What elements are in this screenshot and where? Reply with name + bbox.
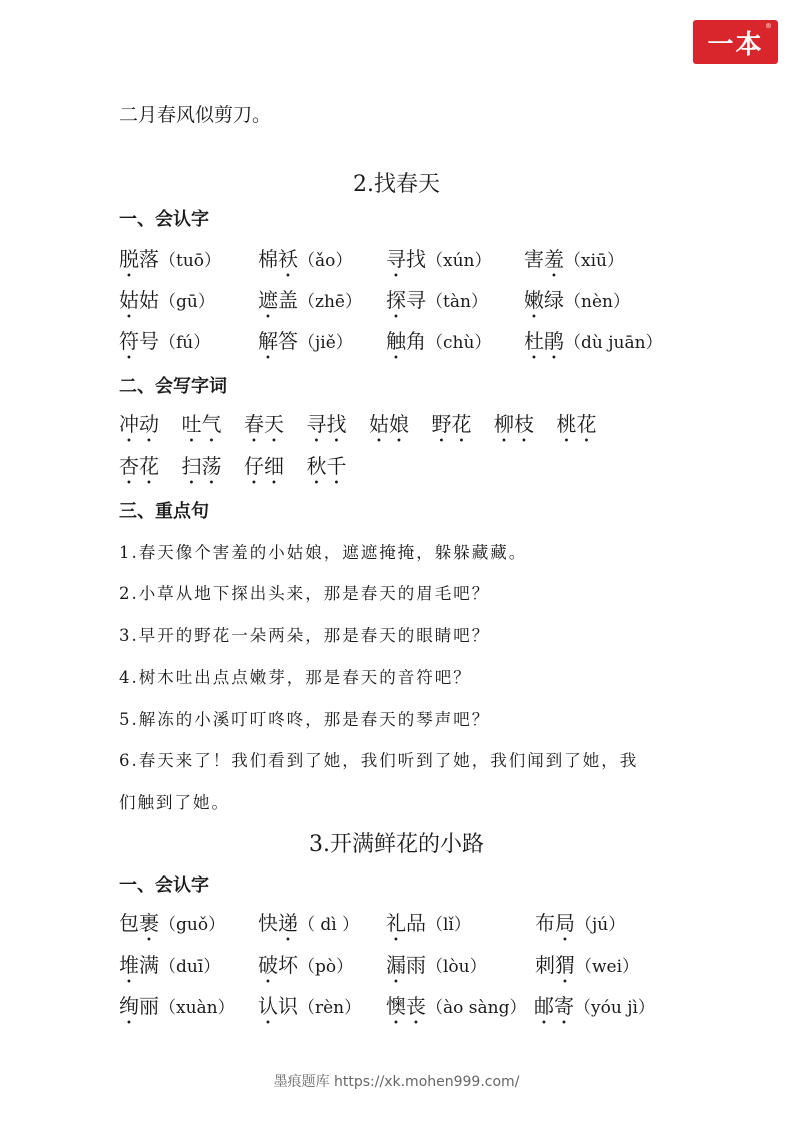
vocab-char: 懊 xyxy=(386,994,406,1018)
vocab-char: 裹 xyxy=(139,911,159,935)
vocab-item: 害羞（xiū） xyxy=(524,243,624,282)
vocab-item: 姑姑（gū） xyxy=(119,284,215,323)
pinyin: （rèn） xyxy=(298,998,361,1018)
writing-word: 杏花 xyxy=(119,450,159,489)
writing-word: 桃花 xyxy=(557,408,597,447)
vocab-char: 识 xyxy=(278,994,298,1018)
vocab-char: 嫩 xyxy=(524,288,544,312)
pinyin: （xiū） xyxy=(564,251,624,271)
vocab-char: 布 xyxy=(535,911,555,935)
pinyin: （nèn） xyxy=(564,292,630,312)
vocab-char: 丧 xyxy=(406,994,426,1018)
vocab-char: 邮 xyxy=(534,994,554,1018)
vocab-char: 鹃 xyxy=(544,329,564,353)
pinyin: （dù juān） xyxy=(564,333,663,353)
sentence-6-cont: 们触到了她。 xyxy=(119,789,230,813)
footer-watermark: 墨痕题库 https://xk.mohen999.com/ xyxy=(0,1071,793,1091)
vocab-char: 盖 xyxy=(278,288,298,312)
pinyin: （chù） xyxy=(426,333,491,353)
pinyin: （jiě） xyxy=(298,333,353,353)
lesson2-sec3-heading: 三、重点句 xyxy=(119,497,209,523)
registered-mark-icon: ® xyxy=(765,22,774,30)
vocab-char: 杜 xyxy=(524,329,544,353)
vocab-char: 局 xyxy=(555,911,575,935)
pinyin: （jú） xyxy=(575,915,625,935)
vocab-char: 解 xyxy=(258,329,278,353)
vocab-char: 落 xyxy=(139,247,159,271)
vocab-item: 懊丧（ào sàng） xyxy=(386,990,526,1029)
pinyin: （ dì ） xyxy=(298,915,359,935)
vocab-char: 刺 xyxy=(535,953,555,977)
writing-word: 秋千 xyxy=(307,450,347,489)
writing-word: 柳枝 xyxy=(494,408,534,447)
lesson3-sec1-heading: 一、会认字 xyxy=(119,871,209,897)
vocab-item: 触角（chù） xyxy=(386,325,491,364)
vocab-item: 杜鹃（dù juān） xyxy=(524,325,663,364)
logo-text: 一本 xyxy=(707,24,763,61)
vocab-item: 礼品（lǐ） xyxy=(386,907,471,946)
vocab-item: 包裹（guǒ） xyxy=(119,907,225,946)
pinyin: （zhē） xyxy=(298,292,362,312)
vocab-char: 品 xyxy=(406,911,426,935)
pinyin: （tàn） xyxy=(426,292,488,312)
vocab-item: 破坏（pò） xyxy=(258,949,353,988)
pinyin: （xuàn） xyxy=(159,998,235,1018)
vocab-char: 坏 xyxy=(278,953,298,977)
writing-word: 扫荡 xyxy=(182,450,222,489)
pinyin: （xún） xyxy=(426,251,492,271)
vocab-char: 答 xyxy=(278,329,298,353)
vocab-char: 袄 xyxy=(278,247,298,271)
pinyin: （fú） xyxy=(159,333,210,353)
vocab-char: 漏 xyxy=(386,953,406,977)
vocab-char: 棉 xyxy=(258,247,278,271)
vocab-item: 探寻（tàn） xyxy=(386,284,488,323)
vocab-char: 猬 xyxy=(555,953,575,977)
vocab-char: 绿 xyxy=(544,288,564,312)
vocab-char: 堆 xyxy=(119,953,139,977)
pinyin: （wei） xyxy=(575,957,639,977)
vocab-item: 快递（ dì ） xyxy=(258,907,359,946)
vocab-char: 破 xyxy=(258,953,278,977)
sentence-4: 4.树木吐出点点嫩芽，那是春天的音符吧？ xyxy=(119,664,472,688)
pinyin: （guǒ） xyxy=(159,915,225,935)
vocab-char: 寻 xyxy=(386,247,406,271)
vocab-item: 认识（rèn） xyxy=(258,990,361,1029)
vocab-item: 寻找（xún） xyxy=(386,243,492,282)
vocab-char: 雨 xyxy=(406,953,426,977)
vocab-char: 姑 xyxy=(139,288,159,312)
vocab-char: 脱 xyxy=(119,247,139,271)
intro-line: 二月春风似剪刀。 xyxy=(119,100,271,127)
sentence-6: 6.春天来了！我们看到了她，我们听到了她，我们闻到了她，我 xyxy=(119,747,638,771)
writing-word: 冲动 xyxy=(119,408,159,447)
vocab-item: 刺猬（wei） xyxy=(535,949,639,988)
pinyin: （duī） xyxy=(159,957,220,977)
sentence-2: 2.小草从地下探出头来，那是春天的眉毛吧？ xyxy=(119,580,490,604)
vocab-item: 堆满（duī） xyxy=(119,949,220,988)
vocab-char: 羞 xyxy=(544,247,564,271)
lesson2-sec1-heading: 一、会认字 xyxy=(119,205,209,231)
vocab-char: 绚 xyxy=(119,994,139,1018)
vocab-char: 害 xyxy=(524,247,544,271)
vocab-item: 嫩绿（nèn） xyxy=(524,284,630,323)
vocab-char: 快 xyxy=(258,911,278,935)
vocab-item: 棉袄（ǎo） xyxy=(258,243,352,282)
pinyin: （lǐ） xyxy=(426,915,471,935)
pinyin: （yóu jì） xyxy=(574,998,655,1018)
vocab-item: 邮寄（yóu jì） xyxy=(534,990,655,1029)
pinyin: （ào sàng） xyxy=(426,998,526,1018)
pinyin: （ǎo） xyxy=(298,251,352,271)
pinyin: （lòu） xyxy=(426,957,487,977)
vocab-char: 符 xyxy=(119,329,139,353)
vocab-item: 脱落（tuō） xyxy=(119,243,221,282)
vocab-char: 包 xyxy=(119,911,139,935)
vocab-char: 寄 xyxy=(554,994,574,1018)
pinyin: （tuō） xyxy=(159,251,221,271)
vocab-item: 符号（fú） xyxy=(119,325,210,364)
vocab-char: 姑 xyxy=(119,288,139,312)
vocab-char: 满 xyxy=(139,953,159,977)
lesson2-title: 2.找春天 xyxy=(0,167,793,198)
sentence-1: 1.春天像个害羞的小姑娘，遮遮掩掩，躲躲藏藏。 xyxy=(119,539,527,563)
vocab-item: 解答（jiě） xyxy=(258,325,353,364)
vocab-char: 寻 xyxy=(406,288,426,312)
vocab-item: 布局（jú） xyxy=(535,907,625,946)
writing-word: 春天 xyxy=(244,408,284,447)
vocab-char: 探 xyxy=(386,288,406,312)
vocab-char: 递 xyxy=(278,911,298,935)
pinyin: （pò） xyxy=(298,957,353,977)
vocab-char: 礼 xyxy=(386,911,406,935)
writing-word: 寻找 xyxy=(307,408,347,447)
lesson2-sec2-heading: 二、会写字词 xyxy=(119,372,227,398)
brand-logo: 一本 ® xyxy=(693,20,778,64)
lesson3-title: 3.开满鲜花的小路 xyxy=(0,827,793,858)
vocab-item: 绚丽（xuàn） xyxy=(119,990,235,1029)
writing-word: 仔细 xyxy=(244,450,284,489)
pinyin: （gū） xyxy=(159,292,215,312)
vocab-char: 找 xyxy=(406,247,426,271)
vocab-char: 丽 xyxy=(139,994,159,1018)
writing-word: 吐气 xyxy=(182,408,222,447)
sentence-5: 5.解冻的小溪叮叮咚咚，那是春天的琴声吧？ xyxy=(119,706,490,730)
writing-word: 野花 xyxy=(432,408,472,447)
vocab-item: 遮盖（zhē） xyxy=(258,284,362,323)
vocab-char: 遮 xyxy=(258,288,278,312)
sentence-3: 3.早开的野花一朵两朵，那是春天的眼睛吧？ xyxy=(119,622,490,646)
vocab-char: 认 xyxy=(258,994,278,1018)
vocab-char: 触 xyxy=(386,329,406,353)
vocab-char: 角 xyxy=(406,329,426,353)
writing-word: 姑娘 xyxy=(369,408,409,447)
vocab-char: 号 xyxy=(139,329,159,353)
vocab-item: 漏雨（lòu） xyxy=(386,949,487,988)
